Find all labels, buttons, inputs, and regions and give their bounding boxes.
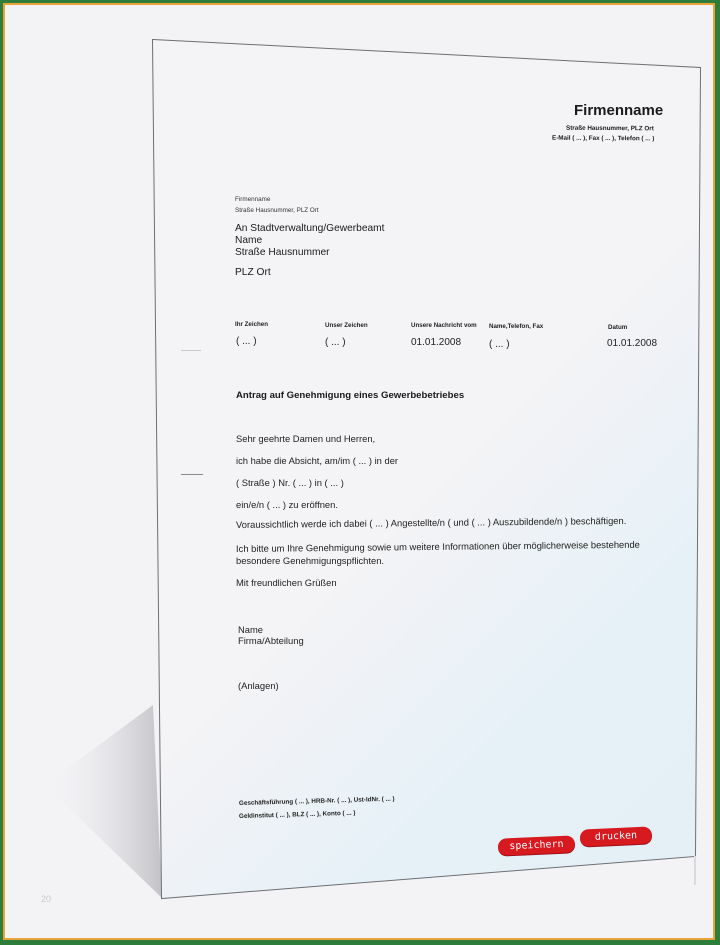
page-number: 20 [41,894,51,904]
signature-name: Name [238,624,263,635]
print-button[interactable]: drucken [580,826,653,846]
ref-label-datum: Datum [608,324,627,331]
sender-address: Straße Hausnummer, PLZ Ort [235,207,319,214]
ref-label-ihr-zeichen: Ihr Zeichen [235,321,268,328]
letter-subject: Antrag auf Genehmigung eines Gewerbebetr… [236,390,464,401]
canvas: Firmenname Straße Hausnummer, PLZ Ort E-… [5,5,713,938]
ref-label-nachricht-vom: Unsere Nachricht vom [411,322,477,329]
save-button[interactable]: speichern [498,835,576,855]
letter-content: Firmenname Straße Hausnummer, PLZ Ort E-… [5,5,713,938]
recipient-line-4: PLZ Ort [235,267,271,279]
ref-label-name-telefon: Name,Telefon, Fax [489,323,543,330]
ref-value-datum: 01.01.2008 [607,338,657,349]
body-line-2: ( Straße ) Nr. ( ... ) in ( ... ) [236,477,344,488]
body-line-5a: Ich bitte um Ihre Genehmigung sowie um w… [236,539,640,554]
closing: Mit freundlichen Grüßen [236,577,337,588]
sender-name: Firmenname [235,196,270,203]
body-line-1: ich habe die Absicht, am/im ( ... ) in d… [236,455,398,466]
signature-department: Firma/Abteilung [238,635,304,646]
recipient-line-1: An Stadtverwaltung/Gewerbeamt [235,223,385,235]
salutation: Sehr geehrte Damen und Herren, [236,433,375,444]
footer-line-1: Geschäftsführung ( ... ), HRB-Nr. ( ... … [239,796,395,807]
ref-label-unser-zeichen: Unser Zeichen [325,322,368,329]
ref-value-name-telefon: ( ... ) [489,339,510,350]
ref-value-ihr-zeichen: ( ... ) [236,336,257,347]
company-contact: E-Mail ( ... ), Fax ( ... ), Telefon ( .… [552,135,654,143]
body-line-5b: besondere Genehmigungspflichten. [236,555,384,566]
company-address: Straße Hausnummer, PLZ Ort [566,125,654,133]
ref-value-nachricht-vom: 01.01.2008 [411,337,461,348]
body-line-3: ein/e/n ( ... ) zu eröffnen. [236,499,338,510]
footer-line-2: Geldinstitut ( ... ), BLZ ( ... ), Konto… [239,810,356,820]
attachments: (Anlagen) [238,680,279,691]
ref-value-unser-zeichen: ( ... ) [325,337,346,348]
fold-mark-top [181,350,201,351]
body-line-4: Voraussichtlich werde ich dabei ( ... ) … [236,515,626,530]
fold-mark-middle [181,474,203,475]
recipient-line-2: Name [235,235,262,247]
recipient-line-3: Straße Hausnummer [235,247,330,259]
company-name: Firmenname [574,102,663,119]
